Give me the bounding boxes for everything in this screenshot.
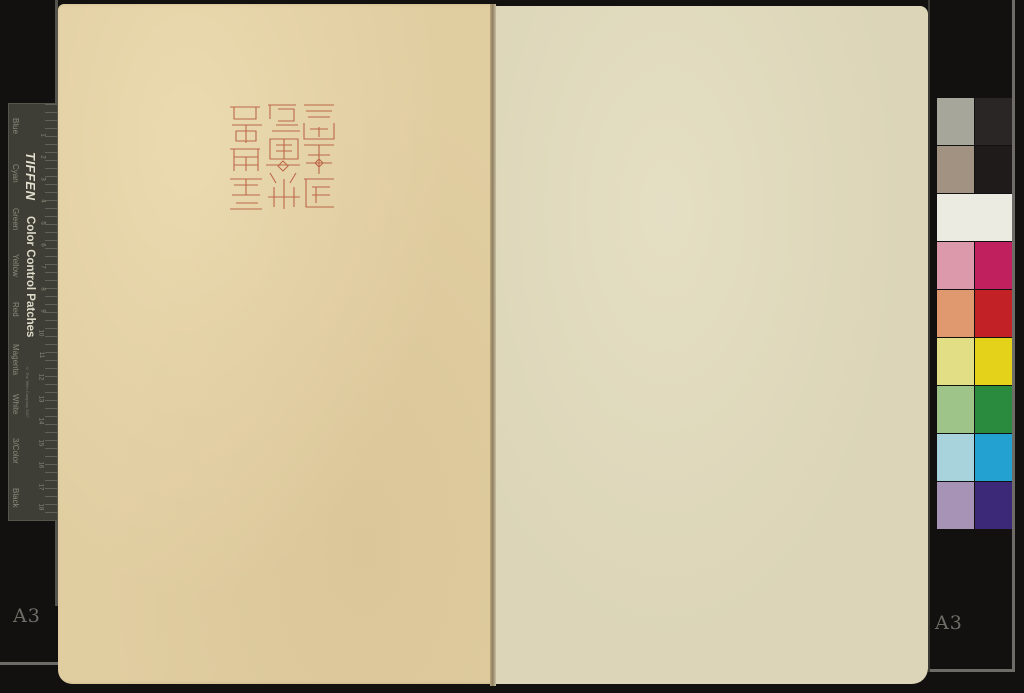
ruler-color-name: 3/Color (11, 438, 20, 464)
ruler-number: 4 (39, 199, 45, 202)
paper-size-label-left: A3 (13, 605, 41, 627)
color-patch-chart (937, 98, 1012, 525)
right-page (492, 6, 928, 684)
color-patch-magenta (975, 242, 1012, 289)
frame-line-right-inner (928, 0, 930, 672)
color-patch-yellow (975, 338, 1012, 385)
color-patch-green-tint (937, 386, 974, 433)
color-patch-orange-tint (937, 290, 974, 337)
ruler-number: 18 (38, 504, 44, 511)
ruler-brand: TIFFEN (23, 152, 38, 201)
ruler-color-name: Black (11, 488, 20, 508)
frame-line-right-vertical (1012, 0, 1015, 672)
ruler-color-name: Cyan (11, 164, 20, 183)
seal-script-icon (226, 99, 339, 214)
ruler-number: 16 (38, 462, 44, 469)
ruler-number: 17 (38, 484, 44, 491)
ruler-number: 1 (39, 133, 45, 136)
color-patch-dark-gray (975, 98, 1012, 145)
color-patch-violet (975, 482, 1012, 529)
frame-line-right-horizontal (928, 669, 1015, 672)
ruler-color-name: Red (11, 302, 20, 317)
ruler-number: 2 (39, 155, 45, 158)
ruler-ticks (45, 104, 57, 520)
color-patch-black (975, 146, 1012, 193)
ruler-color-names: Blue Cyan Green Yellow Red Magenta White… (11, 112, 22, 517)
scan-stage: 1 2 3 4 5 6 7 8 9 10 11 12 13 14 15 16 1… (0, 0, 1024, 693)
ruler-number: 11 (38, 352, 44, 358)
frame-line-left-horizontal (0, 662, 58, 665)
ruler-number: 9 (39, 309, 45, 312)
ruler-number: 8 (39, 287, 45, 290)
ruler-number: 3 (39, 177, 45, 180)
ruler-number: 14 (38, 418, 44, 425)
color-patch-pink (937, 242, 974, 289)
book-gutter (490, 4, 496, 686)
ruler-color-name: White (11, 394, 20, 414)
ruler-number: 15 (38, 440, 44, 447)
ruler-number: 13 (38, 396, 44, 403)
ruler-title: Color Control Patches (24, 216, 36, 337)
seal-stamp (226, 99, 339, 214)
paper-size-label-right: A3 (935, 612, 963, 634)
ruler-number: 5 (39, 221, 45, 224)
color-patch-cyan (975, 434, 1012, 481)
ruler-color-name: Magenta (11, 344, 20, 375)
color-patch-green (975, 386, 1012, 433)
ruler-number: 6 (39, 243, 45, 246)
color-patch-medium-gray (937, 146, 974, 193)
color-patch-white (937, 194, 1012, 241)
ruler-color-name: Yellow (11, 254, 20, 277)
ruler-color-name: Blue (11, 118, 20, 134)
color-patch-red (975, 290, 1012, 337)
color-patch-lavender (937, 482, 974, 529)
ruler-number: 10 (38, 330, 44, 337)
ruler-number: 7 (39, 265, 45, 268)
color-control-ruler: 1 2 3 4 5 6 7 8 9 10 11 12 13 14 15 16 1… (8, 103, 58, 521)
ruler-copyright: © The Tiffen Company 2007 (25, 366, 30, 418)
color-patch-light-gray (937, 98, 974, 145)
ruler-color-name: Green (11, 208, 20, 230)
ruler-number: 12 (38, 374, 44, 381)
color-patch-yellow-tint (937, 338, 974, 385)
color-patch-cyan-tint (937, 434, 974, 481)
